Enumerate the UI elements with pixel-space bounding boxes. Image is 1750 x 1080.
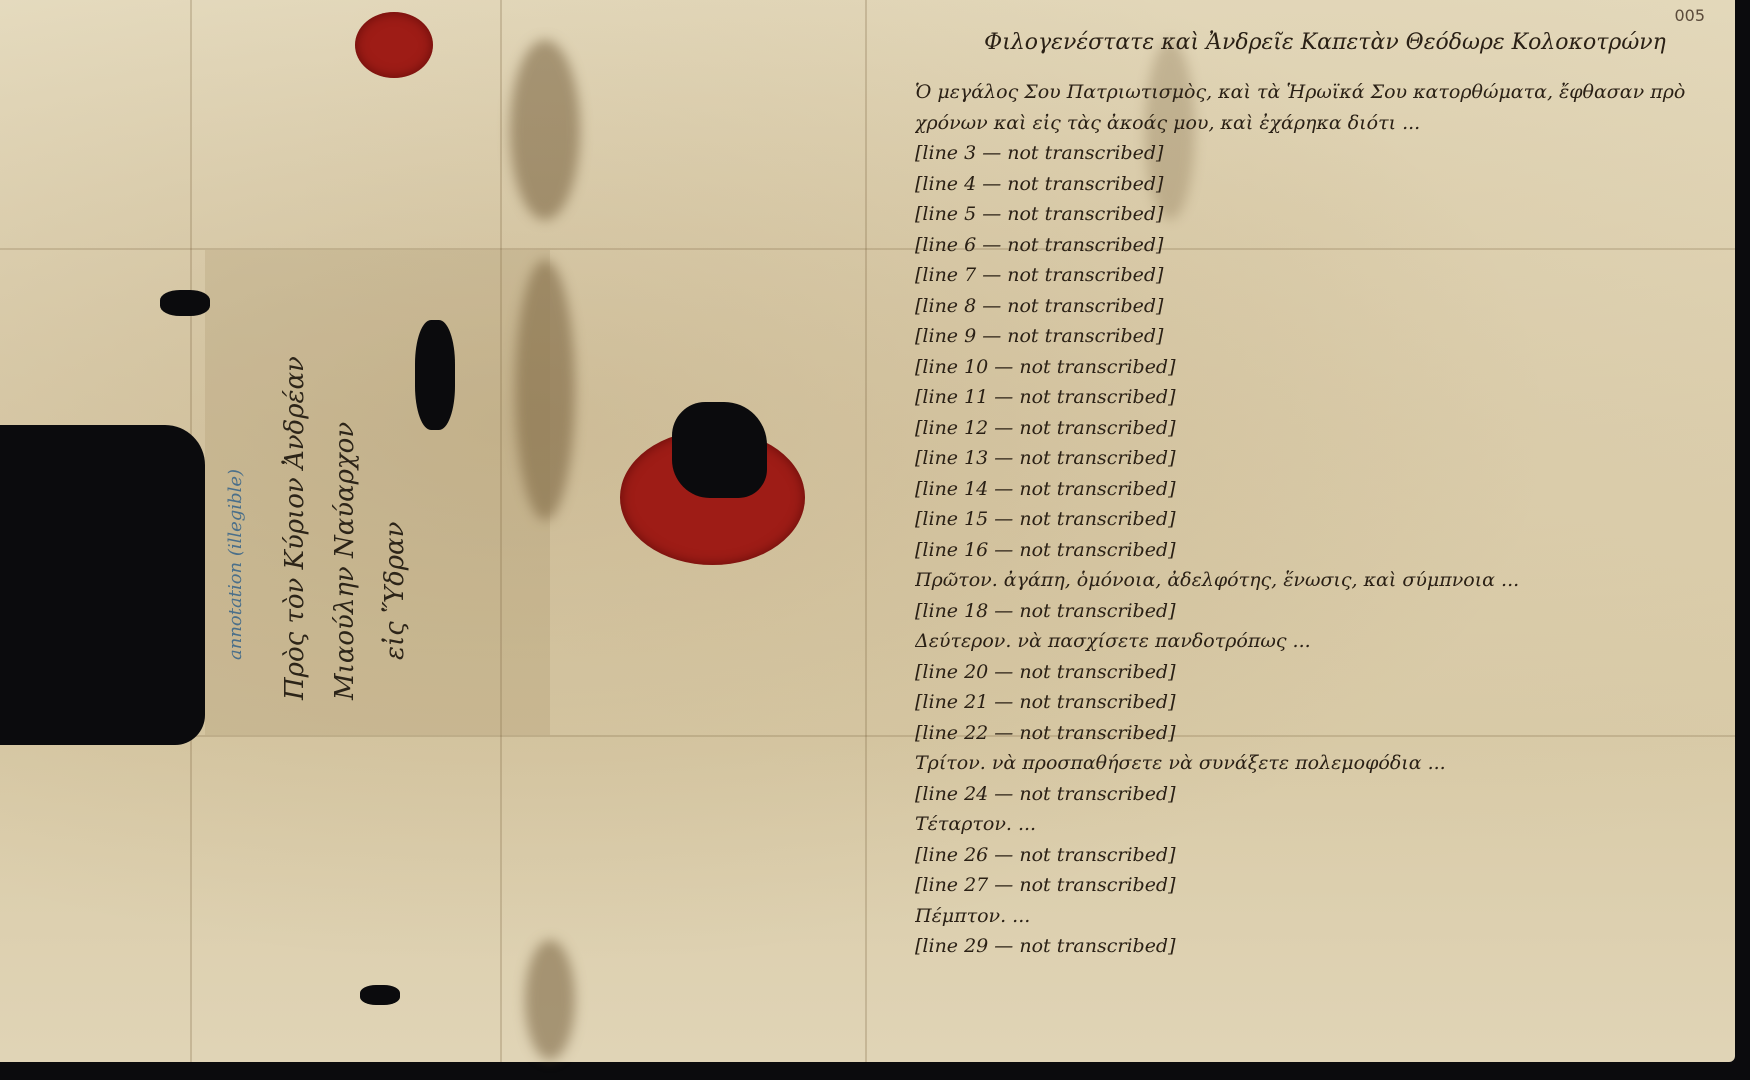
letter-line: [line 7 — not transcribed] xyxy=(915,260,1735,291)
letter-line: [line 21 — not transcribed] xyxy=(915,687,1735,718)
letter-line: [line 26 — not transcribed] xyxy=(915,840,1735,871)
blue-ink-note: annotation (illegible) xyxy=(225,469,246,660)
letter-line: Δεύτερον. νὰ πασχίσετε πανδοτρόπως ... xyxy=(915,626,1735,657)
letter-line: Τέταρτον. ... xyxy=(915,809,1735,840)
letter-line: [line 22 — not transcribed] xyxy=(915,718,1735,749)
letter-line: [line 8 — not transcribed] xyxy=(915,291,1735,322)
letter-line: [line 16 — not transcribed] xyxy=(915,535,1735,566)
torn-hole xyxy=(672,402,767,498)
letter-line: [line 6 — not transcribed] xyxy=(915,230,1735,261)
letter-line: [line 5 — not transcribed] xyxy=(915,199,1735,230)
letter-line: [line 29 — not transcribed] xyxy=(915,931,1735,962)
water-stain xyxy=(525,940,575,1060)
address-line: εἰς Ὕδραν xyxy=(380,522,410,660)
letter-line: [line 9 — not transcribed] xyxy=(915,321,1735,352)
salutation: Φιλογενέστατε καὶ Ἀνδρεῖε Καπετὰν Θεόδωρ… xyxy=(915,30,1735,55)
folio-number: 005 xyxy=(1674,6,1705,25)
address-line: Πρὸς τὸν Κύριον Ἀνδρέαν xyxy=(280,356,310,700)
fold-line xyxy=(865,0,867,1062)
letter-line: χρόνων καὶ εἰς τὰς ἀκοάς μου, καὶ ἐχάρηκ… xyxy=(915,108,1735,139)
letter-line: [line 15 — not transcribed] xyxy=(915,504,1735,535)
letter-line: [line 27 — not transcribed] xyxy=(915,870,1735,901)
letter-line: Ὁ μεγάλος Σου Πατριωτισμὸς, καὶ τὰ Ἡρωϊκ… xyxy=(915,77,1735,108)
letter-line: Πρῶτον. ἀγάπη, ὁμόνοια, ἀδελφότης, ἕνωσι… xyxy=(915,565,1735,596)
letter-line: [line 12 — not transcribed] xyxy=(915,413,1735,444)
letter-line: [line 14 — not transcribed] xyxy=(915,474,1735,505)
letter-line: [line 20 — not transcribed] xyxy=(915,657,1735,688)
address-line: Μιαούλην Ναύαρχον xyxy=(330,422,360,700)
letter-line: [line 4 — not transcribed] xyxy=(915,169,1735,200)
torn-hole xyxy=(360,985,400,1005)
letter-lines: Ὁ μεγάλος Σου Πατριωτισμὸς, καὶ τὰ Ἡρωϊκ… xyxy=(915,77,1735,962)
letter-line: [line 13 — not transcribed] xyxy=(915,443,1735,474)
manuscript-sheet: Πρὸς τὸν Κύριον Ἀνδρέαν Μιαούλην Ναύαρχο… xyxy=(0,0,1735,1062)
address-block: Πρὸς τὸν Κύριον Ἀνδρέαν Μιαούλην Ναύαρχο… xyxy=(255,280,515,700)
letter-line: [line 10 — not transcribed] xyxy=(915,352,1735,383)
letter-line: [line 18 — not transcribed] xyxy=(915,596,1735,627)
letter-line: [line 3 — not transcribed] xyxy=(915,138,1735,169)
letter-line: [line 24 — not transcribed] xyxy=(915,779,1735,810)
wax-seal xyxy=(355,12,433,78)
letter-line: Πέμπτον. ... xyxy=(915,901,1735,932)
torn-hole xyxy=(160,290,210,316)
letter-line: Τρίτον. νὰ προσπαθήσετε νὰ συνάξετε πολε… xyxy=(915,748,1735,779)
letter-body: Φιλογενέστατε καὶ Ἀνδρεῖε Καπετὰν Θεόδωρ… xyxy=(915,30,1735,962)
water-stain xyxy=(510,40,580,220)
letter-line: [line 11 — not transcribed] xyxy=(915,382,1735,413)
torn-hole xyxy=(0,425,205,745)
